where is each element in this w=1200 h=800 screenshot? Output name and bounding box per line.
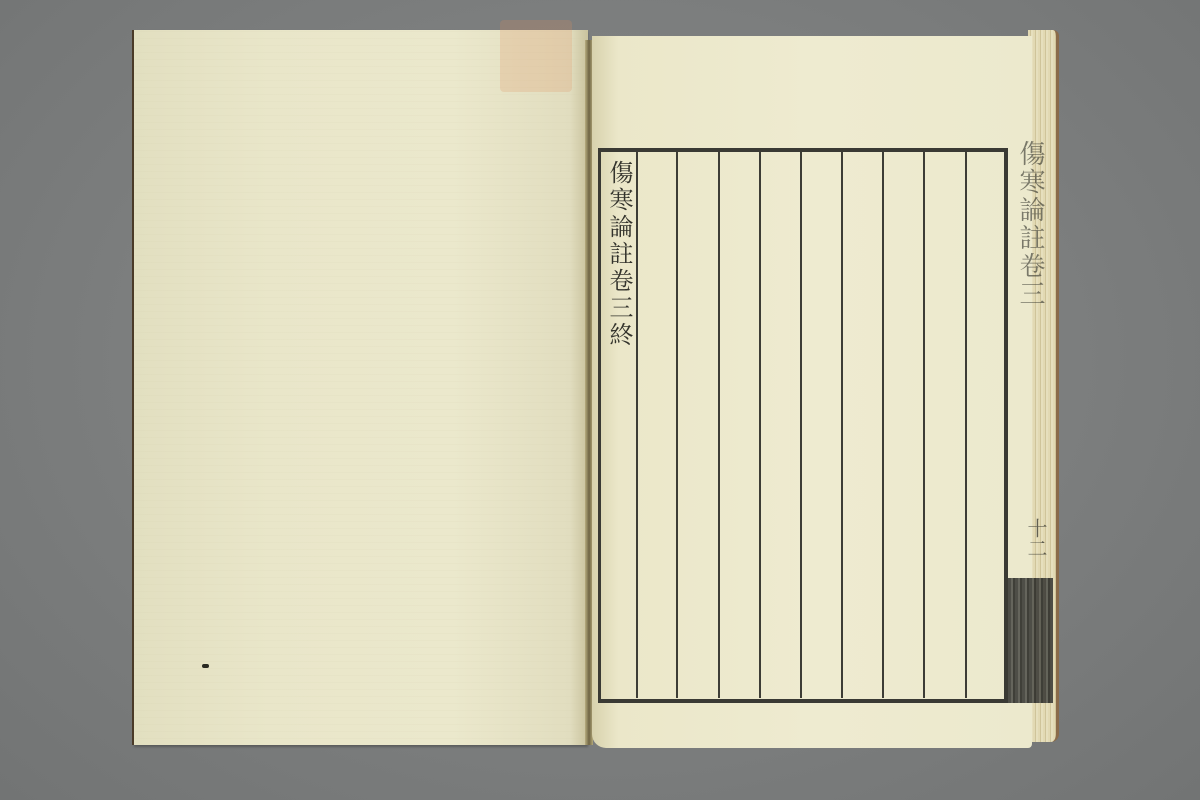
ruled-frame bbox=[598, 148, 1008, 703]
fore-edge-title: 傷寒論註卷三 bbox=[1010, 140, 1050, 308]
column-rule bbox=[718, 152, 720, 698]
column-rule bbox=[841, 152, 843, 698]
ink-spot bbox=[202, 664, 209, 668]
column-rule bbox=[800, 152, 802, 698]
column-rule bbox=[923, 152, 925, 698]
fore-edge-mark: 十二 bbox=[1015, 518, 1051, 566]
column-rule bbox=[882, 152, 884, 698]
fore-edge-ink-block bbox=[1008, 578, 1053, 703]
colophon-text: 傷寒論註卷三終 bbox=[602, 160, 636, 349]
column-rule bbox=[636, 152, 638, 698]
column-rule bbox=[759, 152, 761, 698]
column-rule bbox=[965, 152, 967, 698]
column-rule bbox=[676, 152, 678, 698]
watermark-stamp bbox=[500, 20, 572, 92]
left-page bbox=[134, 30, 588, 745]
